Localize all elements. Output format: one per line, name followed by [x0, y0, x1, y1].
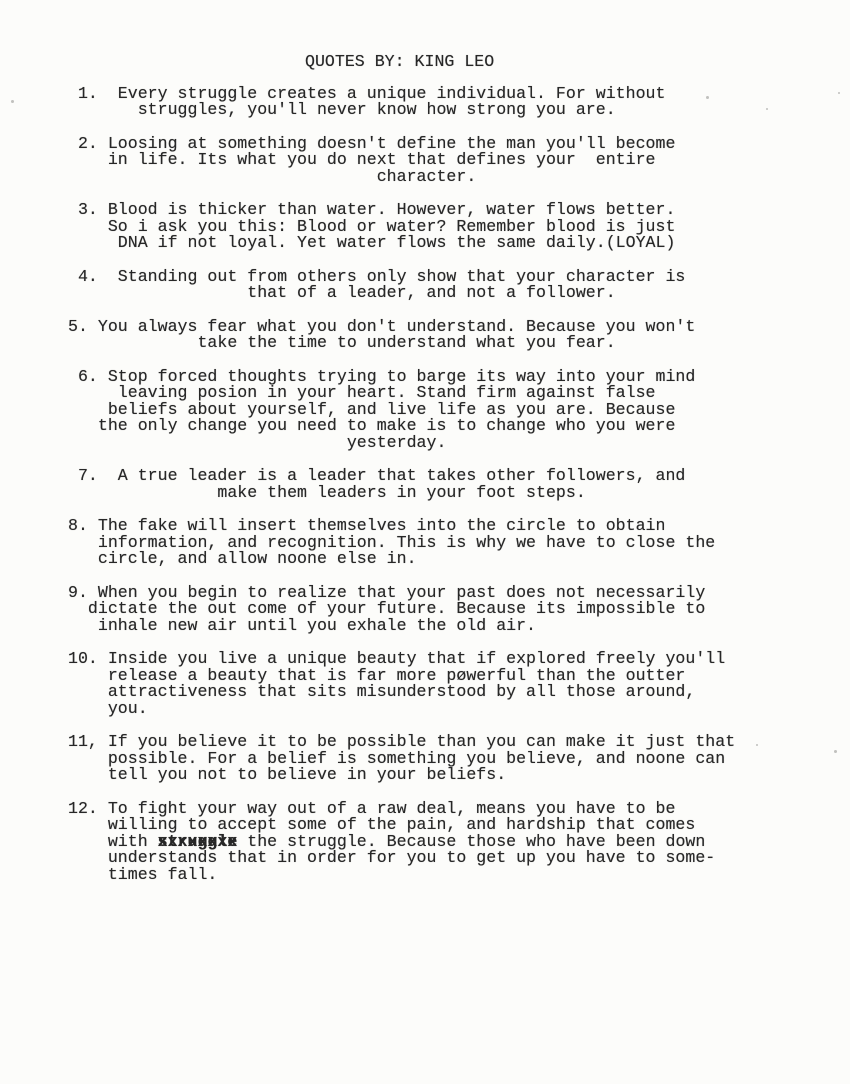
strikeout-overlay: xxxxxxxx — [158, 834, 238, 851]
quote-1: 1. Every struggle creates a unique indiv… — [68, 86, 850, 119]
quotes-list: 1. Every struggle creates a unique indiv… — [68, 86, 850, 884]
quote-line: times fall. — [68, 867, 850, 884]
quote-7: 7. A true leader is a leader that takes … — [68, 468, 850, 501]
scan-speck — [756, 744, 758, 746]
quote-line: you. — [68, 701, 850, 718]
quote-12: 12. To fight your way out of a raw deal,… — [68, 801, 850, 884]
quote-line: character. — [68, 169, 850, 186]
document-title: QUOTES BY: KING LEO — [305, 54, 850, 71]
quote-9: 9. When you begin to realize that your p… — [68, 585, 850, 635]
scan-speck — [838, 92, 840, 94]
quote-line: make them leaders in your foot steps. — [68, 485, 850, 502]
quote-4: 4. Standing out from others only show th… — [68, 269, 850, 302]
quote-line: DNA if not loyal. Yet water flows the sa… — [68, 235, 850, 252]
quote-line: tell you not to believe in your beliefs. — [68, 767, 850, 784]
quote-line: attractiveness that sits misunderstood b… — [68, 684, 850, 701]
quote-3: 3. Blood is thicker than water. However,… — [68, 202, 850, 252]
quote-6: 6. Stop forced thoughts trying to barge … — [68, 369, 850, 452]
quote-2: 2. Loosing at something doesn't define t… — [68, 136, 850, 186]
scanned-document-page: QUOTES BY: KING LEO 1. Every struggle cr… — [0, 0, 850, 1084]
quote-10: 10. Inside you live a unique beauty that… — [68, 651, 850, 717]
scan-speck — [706, 96, 709, 99]
scan-speck — [11, 100, 14, 103]
scan-speck — [834, 750, 837, 753]
quote-line: yesterday. — [68, 435, 850, 452]
quote-5: 5. You always fear what you don't unders… — [68, 319, 850, 352]
quote-11: 11, If you believe it to be possible tha… — [68, 734, 850, 784]
scan-speck — [766, 108, 768, 110]
quote-line: circle, and allow noone else in. — [68, 551, 850, 568]
quote-8: 8. The fake will insert themselves into … — [68, 518, 850, 568]
quote-line: struggles, you'll never know how strong … — [68, 102, 850, 119]
quote-line: take the time to understand what you fea… — [68, 335, 850, 352]
struck-word: strugglexxxxxxxx — [158, 834, 238, 851]
quote-line: inhale new air until you exhale the old … — [68, 618, 850, 635]
quote-line: that of a leader, and not a follower. — [68, 285, 850, 302]
